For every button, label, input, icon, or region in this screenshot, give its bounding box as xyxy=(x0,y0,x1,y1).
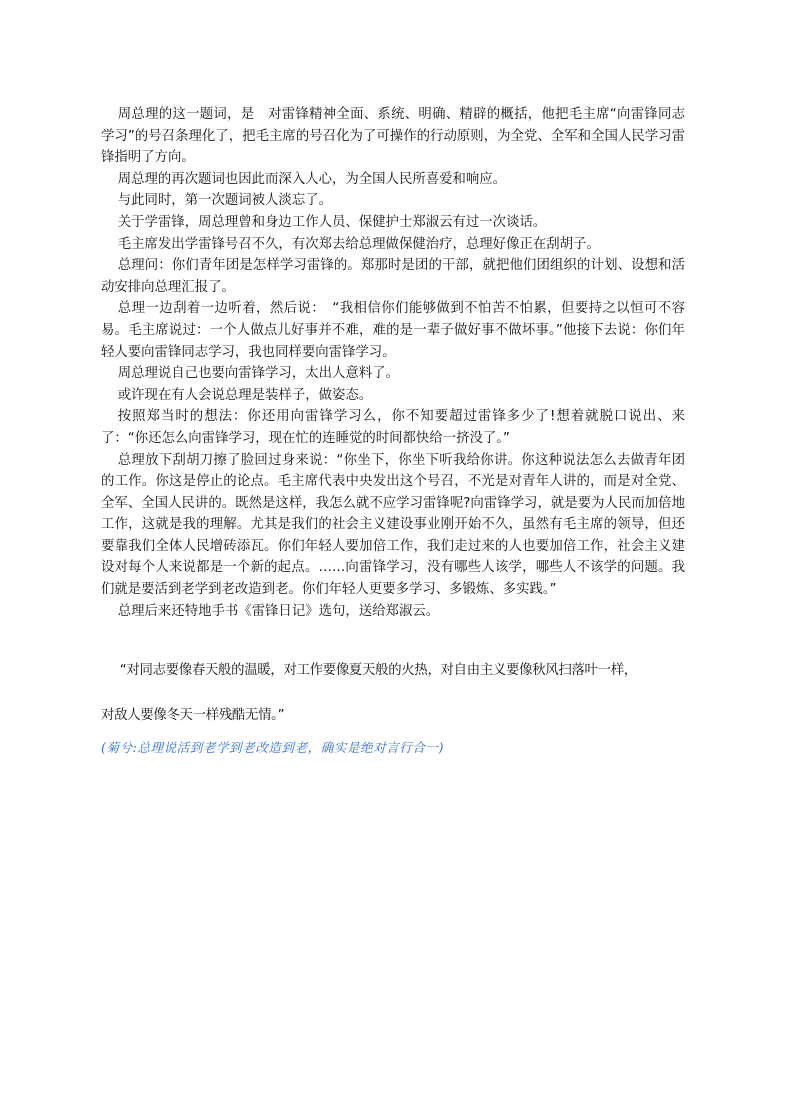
paragraph: 总理后来还特地手书《雷锋日记》选句，送给郑淑云。 xyxy=(101,601,685,623)
document-body: 周总理的这一题词，是 对雷锋精神全面、系统、明确、精辟的概括，他把毛主席“向雷锋… xyxy=(101,104,685,622)
diary-quote: “对同志要像春天般的温暖，对工作要像夏天般的火热，对自由主义要像秋风扫落叶一样，… xyxy=(101,660,691,726)
paragraph: 总理放下刮胡刀擦了脸回过身来说：“你坐下，你坐下听我给你讲。你这种说法怎么去做青… xyxy=(101,450,685,601)
paragraph: 毛主席发出学雷锋号召不久，有次郑去给总理做保健治疗，总理好像正在刮胡子。 xyxy=(101,234,685,256)
paragraph: 关于学雷锋，周总理曾和身边工作人员、保健护士郑淑云有过一次谈话。 xyxy=(101,212,685,234)
paragraph: 周总理的这一题词，是 对雷锋精神全面、系统、明确、精辟的概括，他把毛主席“向雷锋… xyxy=(101,104,685,169)
paragraph: 与此同时，第一次题词被人淡忘了。 xyxy=(101,190,685,212)
quote-line-2: 对敌人要像冬天一样残酷无情。” xyxy=(101,705,691,726)
paragraph: 周总理说自己也要向雷锋学习，太出人意料了。 xyxy=(101,363,685,385)
paragraph: 按照郑当时的想法：你还用向雷锋学习么，你不知要超过雷锋多少了!想着就脱口说出、来… xyxy=(101,406,685,449)
quote-line-1: “对同志要像春天般的温暖，对工作要像夏天般的火热，对自由主义要像秋风扫落叶一样， xyxy=(101,660,691,681)
paragraph: 周总理的再次题词也因此而深入人心，为全国人民所喜爱和响应。 xyxy=(101,169,685,191)
paragraph: 或许现在有人会说总理是装样子，做姿态。 xyxy=(101,385,685,407)
editor-comment: (菊兮:总理说活到老学到老改造到老，确实是绝对言行合一) xyxy=(101,737,691,756)
paragraph: 总理一边刮着一边听着，然后说： “我相信你们能够做到不怕苦不怕累，但要持之以恒可… xyxy=(101,298,685,363)
paragraph: 总理问：你们青年团是怎样学习雷锋的。郑那时是团的干部，就把他们团组织的计划、设想… xyxy=(101,255,685,298)
